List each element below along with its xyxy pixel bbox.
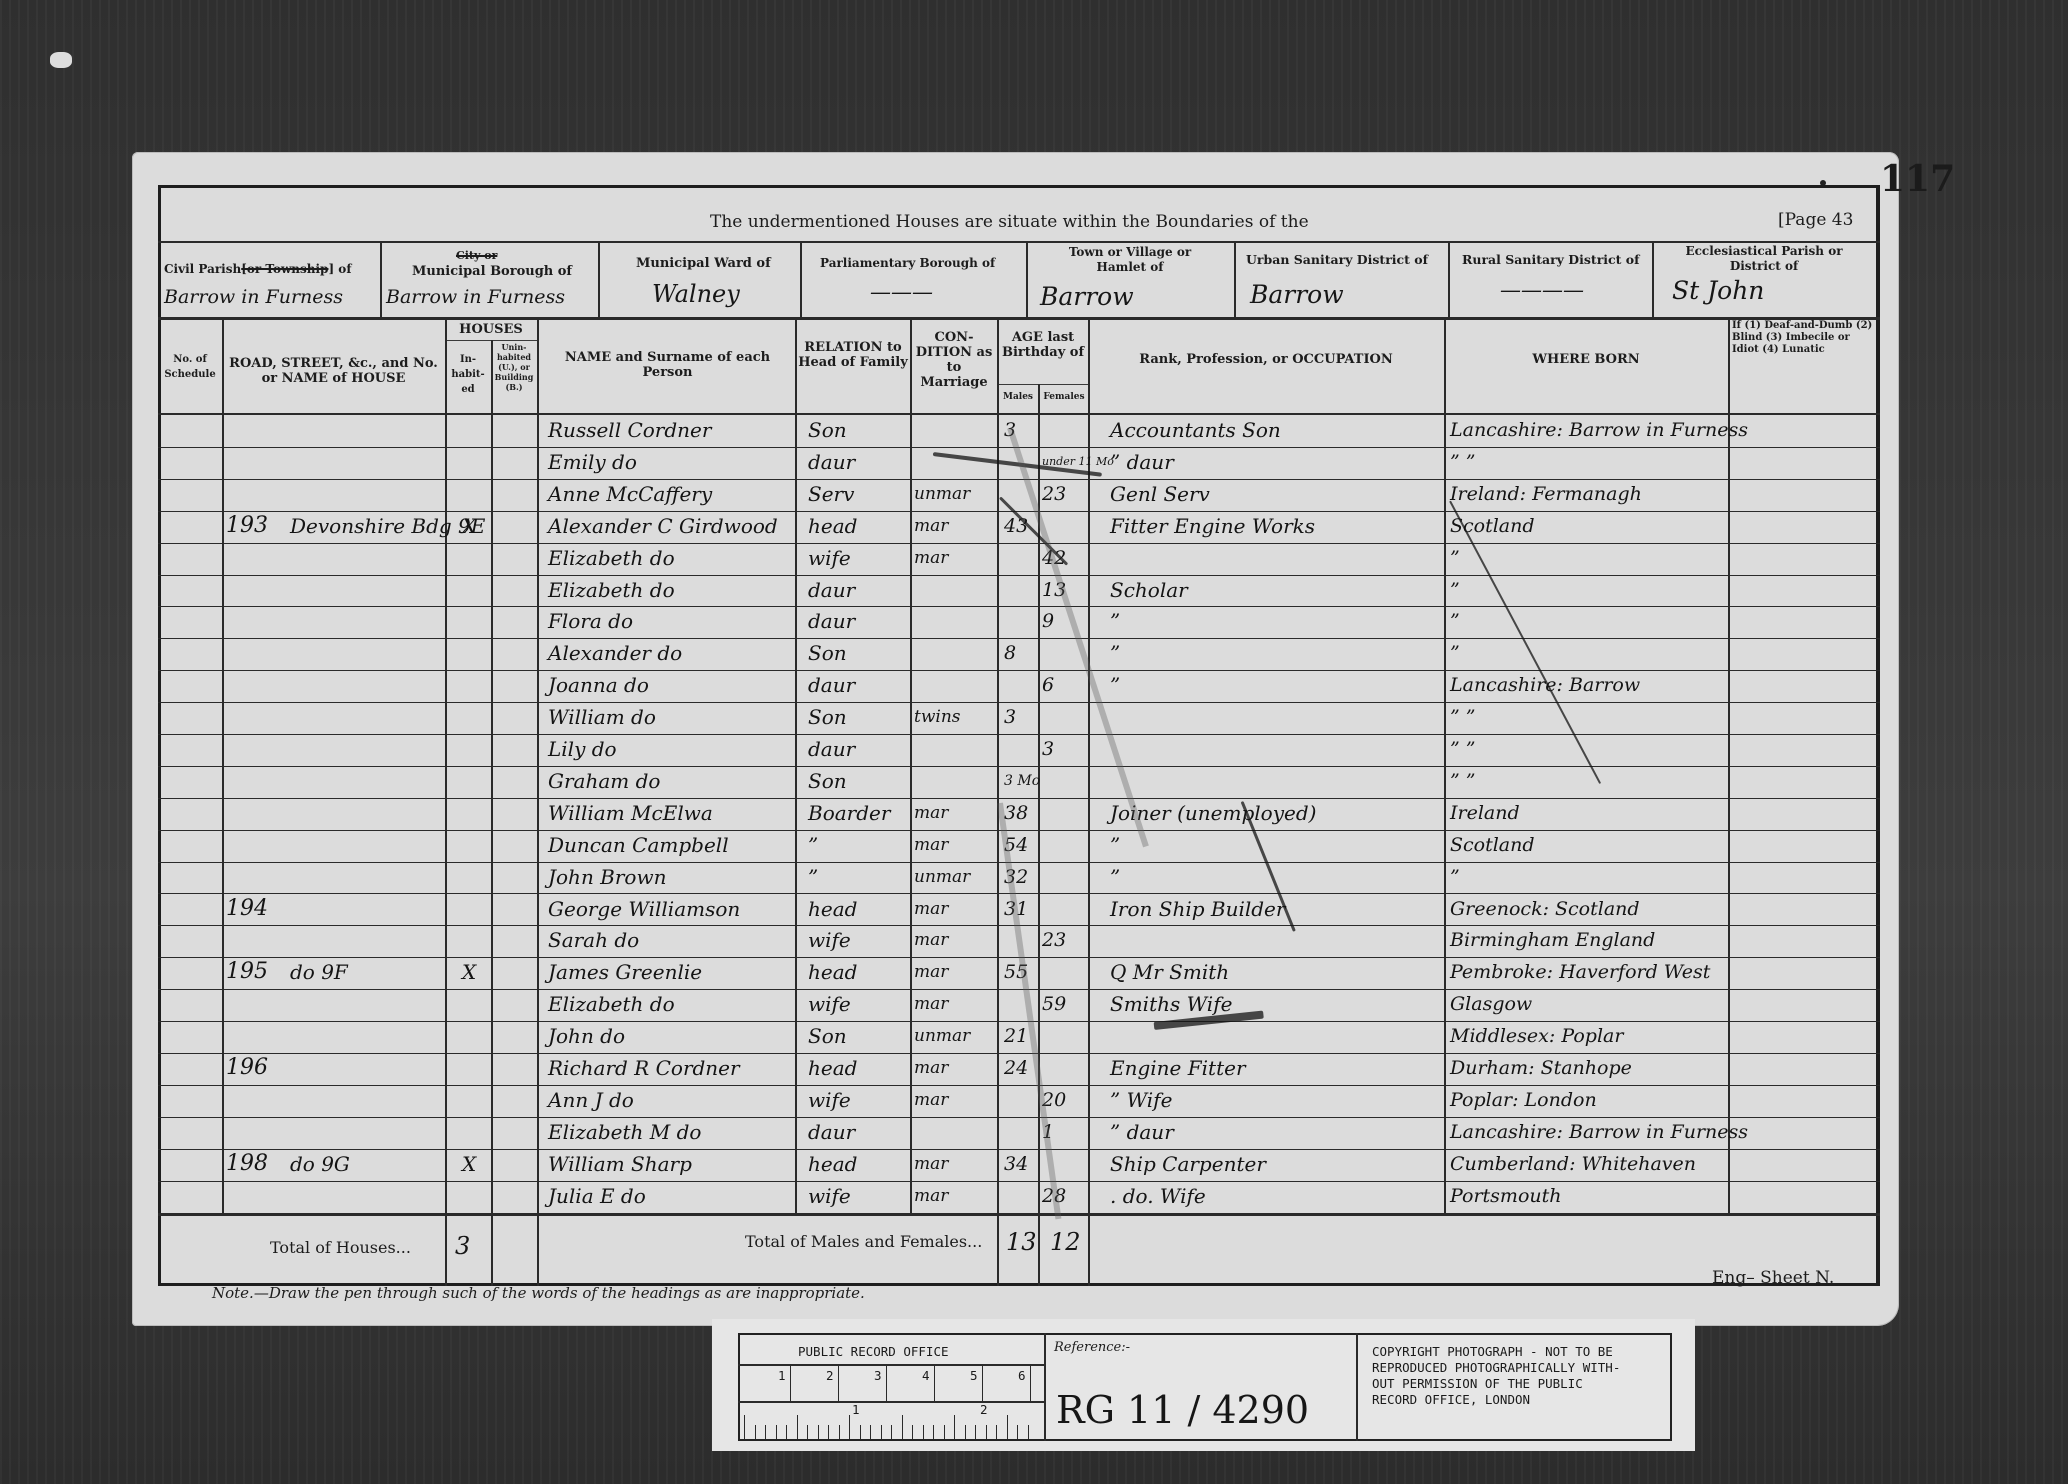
occupation: ” daur [1110, 447, 1174, 477]
ruler-tick [744, 1415, 745, 1439]
condition: mar [914, 1085, 948, 1115]
occupation: ” daur [1110, 1117, 1174, 1147]
person-name: Alexander do [548, 638, 682, 668]
ruler-tick [944, 1425, 945, 1439]
person-name: Lily do [548, 734, 617, 764]
condition: mar [914, 798, 948, 828]
birthplace: Pembroke: Haverford West [1450, 957, 1710, 987]
ruler-tick [986, 1425, 987, 1439]
parliamentary-borough-label: Parliamentary Borough of [820, 256, 995, 271]
relation: wife [808, 925, 851, 955]
birthplace: Lancashire: Barrow [1450, 670, 1640, 700]
age-female: 6 [1042, 670, 1054, 700]
form-heading: The undermentioned Houses are situate wi… [710, 212, 1309, 232]
relation: head [808, 511, 857, 541]
reference-label: Reference:- [1054, 1340, 1130, 1355]
condition: unmar [914, 479, 970, 509]
rural-sanitary-value: ———— [1500, 278, 1584, 302]
form-note: Note.—Draw the pen through such of the w… [212, 1284, 865, 1302]
ruler-tick [860, 1425, 861, 1439]
row-rule [158, 989, 1880, 990]
relation: wife [808, 543, 851, 573]
age-male: 3 Mo [1004, 766, 1040, 796]
ruler-tick [828, 1425, 829, 1439]
relation: ” [808, 830, 818, 860]
ruler-tick [891, 1425, 892, 1439]
schedule-number: 196 [226, 1053, 268, 1083]
person-name: Ann J do [548, 1085, 634, 1115]
scale-number: 6 [1018, 1368, 1026, 1383]
total-males: 13 [1006, 1228, 1037, 1256]
city-label-struck: City or [456, 248, 497, 263]
col-age: AGE last Birthday of [998, 330, 1088, 360]
birthplace: Ireland: Fermanagh [1450, 479, 1642, 509]
scale-number: 4 [922, 1368, 930, 1383]
parliamentary-borough-value: ——— [870, 280, 933, 304]
condition: unmar [914, 862, 970, 892]
person-name: Richard R Cordner [548, 1053, 740, 1083]
person-name: Duncan Campbell [548, 830, 729, 860]
birthplace: Ireland [1450, 798, 1520, 828]
relation: daur [808, 1117, 855, 1147]
copyright-notice: COPYRIGHT PHOTOGRAPH - NOT TO BEREPRODUC… [1372, 1344, 1620, 1408]
relation: daur [808, 575, 855, 605]
person-name: Elizabeth do [548, 989, 675, 1019]
occupation: ” [1110, 606, 1120, 636]
total-houses-label: Total of Houses... [270, 1238, 411, 1257]
film-punch-hole [50, 52, 72, 68]
relation: Son [808, 702, 847, 732]
schedule-number: 193 [226, 511, 268, 541]
relation: head [808, 894, 857, 924]
relation: Boarder [808, 798, 890, 828]
ruler-tick [755, 1425, 756, 1439]
relation: head [808, 1053, 857, 1083]
person-name: Julia E do [548, 1181, 646, 1211]
municipal-borough-label: Municipal Borough of [412, 264, 572, 279]
person-name: James Greenlie [548, 957, 702, 987]
person-name: John Brown [548, 862, 666, 892]
ruler-tick [818, 1425, 819, 1439]
age-female: 59 [1042, 989, 1066, 1019]
ruler-tick [1017, 1425, 1018, 1439]
ruler-tick [1028, 1425, 1029, 1439]
condition: twins [914, 702, 961, 732]
ruler-tick [902, 1415, 903, 1439]
relation: Son [808, 415, 847, 445]
relation: wife [808, 1085, 851, 1115]
ruler-tick [996, 1425, 997, 1439]
condition: unmar [914, 1021, 970, 1051]
occupation: Genl Serv [1110, 479, 1210, 509]
urban-sanitary-label: Urban Sanitary District of [1246, 252, 1428, 267]
ruler-tick [1007, 1415, 1008, 1439]
ruler-tick [975, 1425, 976, 1439]
person-name: Russell Cordner [548, 415, 711, 445]
inhabited-mark: X [462, 1149, 476, 1179]
col-infirmity: If (1) Deaf-and-Dumb (2) Blind (3) Imbec… [1732, 320, 1877, 356]
slip-office-name: PUBLIC RECORD OFFICE [798, 1344, 949, 1359]
town-village-value: Barrow [1040, 282, 1134, 311]
schedule-number: 198 [226, 1149, 268, 1179]
copyright-line: COPYRIGHT PHOTOGRAPH - NOT TO BE [1372, 1344, 1620, 1360]
scale-number: 3 [874, 1368, 882, 1383]
ruler-tick [923, 1425, 924, 1439]
person-name: Flora do [548, 606, 633, 636]
road-house: do 9G [290, 1149, 350, 1179]
person-name: George Williamson [548, 894, 740, 924]
condition: mar [914, 511, 948, 541]
age-male: 34 [1004, 1149, 1028, 1179]
ruler-tick [933, 1425, 934, 1439]
road-house: Devonshire Bdg 9E [290, 511, 485, 541]
occupation: Smiths Wife [1110, 989, 1232, 1019]
condition: mar [914, 543, 948, 573]
condition: mar [914, 1053, 948, 1083]
person-name: William do [548, 702, 656, 732]
ruler-tick [881, 1425, 882, 1439]
row-rule [158, 638, 1880, 639]
ruler-tick [807, 1425, 808, 1439]
col-relation: RELATION to Head of Family [798, 340, 908, 370]
total-persons-label: Total of Males and Females... [745, 1232, 982, 1251]
birthplace: Glasgow [1450, 989, 1532, 1019]
row-rule [158, 575, 1880, 576]
schedule-number: 195 [226, 957, 268, 987]
person-name: Sarah do [548, 925, 639, 955]
row-rule [158, 702, 1880, 703]
person-name: William Sharp [548, 1149, 692, 1179]
person-name: William McElwa [548, 798, 713, 828]
occupation: ” [1110, 862, 1120, 892]
ruler-tick [786, 1425, 787, 1439]
col-condition: CON-DITION as to Marriage [912, 330, 996, 390]
person-name: Elizabeth do [548, 543, 675, 573]
reference-value: RG 11 / 4290 [1056, 1388, 1309, 1432]
condition: mar [914, 1149, 948, 1179]
birthplace: Birmingham England [1450, 925, 1655, 955]
age-male: 3 [1004, 702, 1016, 732]
occupation: ” [1110, 638, 1120, 668]
ecclesiastical-value: St John [1672, 276, 1764, 305]
relation: daur [808, 734, 855, 764]
occupation: Iron Ship Builder [1110, 894, 1285, 924]
occupation: ” [1110, 670, 1120, 700]
rural-sanitary-label: Rural Sanitary District of [1462, 252, 1639, 267]
relation: daur [808, 447, 855, 477]
age-female: 3 [1042, 734, 1054, 764]
condition: mar [914, 894, 948, 924]
total-females: 12 [1050, 1228, 1081, 1256]
scale-number: 1 [778, 1368, 786, 1383]
ruler-number: 2 [980, 1402, 988, 1417]
person-name: Anne McCaffery [548, 479, 712, 509]
ruler-tick [954, 1415, 955, 1439]
civil-parish-value: Barrow in Furness [164, 286, 343, 308]
sheet-label: Eng– Sheet N. [1712, 1268, 1834, 1288]
birthplace: ” [1450, 638, 1460, 668]
relation: head [808, 1149, 857, 1179]
page-label: [Page 43 [1778, 210, 1853, 230]
copyright-line: RECORD OFFICE, LONDON [1372, 1392, 1620, 1408]
copyright-line: REPRODUCED PHOTOGRAPHICALLY WITH- [1372, 1360, 1620, 1376]
col-road: ROAD, STREET, &c., and No. or NAME of HO… [226, 356, 441, 386]
birthplace: ” ” [1450, 702, 1475, 732]
birthplace: Lancashire: Barrow in Furness [1450, 1117, 1748, 1147]
birthplace: Cumberland: Whitehaven [1450, 1149, 1696, 1179]
row-rule [158, 543, 1880, 544]
municipal-borough-value: Barrow in Furness [386, 286, 565, 308]
birthplace: ” [1450, 606, 1460, 636]
birthplace: Poplar: London [1450, 1085, 1597, 1115]
age-male: 21 [1004, 1021, 1028, 1051]
inhabited-mark: X [462, 511, 476, 541]
row-rule [158, 734, 1880, 735]
birthplace: Durham: Stanhope [1450, 1053, 1632, 1083]
birthplace: Greenock: Scotland [1450, 894, 1640, 924]
occupation: Ship Carpenter [1110, 1149, 1266, 1179]
relation: Son [808, 638, 847, 668]
person-name: Joanna do [548, 670, 649, 700]
occupation: ” Wife [1110, 1085, 1172, 1115]
ruler-tick [912, 1425, 913, 1439]
relation: daur [808, 670, 855, 700]
birthplace: Lancashire: Barrow in Furness [1450, 415, 1748, 445]
person-name: Graham do [548, 766, 660, 796]
occupation: . do. Wife [1110, 1181, 1206, 1211]
folio-number: 117 [1880, 158, 1955, 200]
ruler-tick [870, 1425, 871, 1439]
person-name: Alexander C Girdwood [548, 511, 778, 541]
copyright-line: OUT PERMISSION OF THE PUBLIC [1372, 1376, 1620, 1392]
age-female: 23 [1042, 479, 1066, 509]
occupation: ” [1110, 830, 1120, 860]
urban-sanitary-value: Barrow [1250, 280, 1344, 309]
ruler-tick [797, 1415, 798, 1439]
relation: daur [808, 606, 855, 636]
person-name: Elizabeth do [548, 575, 675, 605]
relation: wife [808, 989, 851, 1019]
relation: Son [808, 766, 847, 796]
scale-number: 5 [970, 1368, 978, 1383]
age-male: 38 [1004, 798, 1028, 828]
relation: head [808, 957, 857, 987]
ruler-tick [776, 1425, 777, 1439]
condition: mar [914, 925, 948, 955]
col-inhabited: In-habit-ed [447, 352, 489, 397]
inhabited-mark: X [462, 957, 476, 987]
col-males: Males [998, 390, 1038, 405]
person-name: Emily do [548, 447, 637, 477]
col-occupation: Rank, Profession, or OCCUPATION [1090, 352, 1442, 367]
age-female: 9 [1042, 606, 1054, 636]
ecclesiastical-label: Ecclesiastical Parish or District of [1664, 244, 1864, 274]
relation: ” [808, 862, 818, 892]
ruler-tick [765, 1425, 766, 1439]
person-name: John do [548, 1021, 625, 1051]
birthplace: ” ” [1450, 734, 1475, 764]
birthplace: ” [1450, 543, 1460, 573]
occupation: Fitter Engine Works [1110, 511, 1315, 541]
ruler-number: 1 [852, 1402, 860, 1417]
birthplace: ” [1450, 575, 1460, 605]
col-uninhabited: Unin-habited (U.), or Building (B.) [492, 342, 536, 392]
occupation: Engine Fitter [1110, 1053, 1246, 1083]
relation: wife [808, 1181, 851, 1211]
occupation: Accountants Son [1110, 415, 1281, 445]
occupation: Q Mr Smith [1110, 957, 1229, 987]
col-houses: HOUSES [447, 322, 535, 337]
municipal-ward-value: Walney [652, 280, 740, 308]
municipal-ward-label: Municipal Ward of [636, 256, 771, 271]
birthplace: ” [1450, 862, 1460, 892]
occupation: Scholar [1110, 575, 1188, 605]
total-houses-value: 3 [455, 1232, 470, 1260]
age-male: 8 [1004, 638, 1016, 668]
age-female: 23 [1042, 925, 1066, 955]
schedule-number: 194 [226, 894, 268, 924]
col-name: NAME and Surname of each Person [545, 350, 790, 380]
relation: Serv [808, 479, 854, 509]
ruler-tick [965, 1425, 966, 1439]
person-name: Elizabeth M do [548, 1117, 701, 1147]
ruler-tick [839, 1425, 840, 1439]
civil-parish-label: Civil Parish[or Township] of [164, 262, 351, 277]
condition: mar [914, 989, 948, 1019]
scale-number: 2 [826, 1368, 834, 1383]
town-village-label: Town or Village or Hamlet of [1050, 245, 1210, 275]
age-male: 24 [1004, 1053, 1028, 1083]
col-where-born: WHERE BORN [1446, 352, 1726, 367]
birthplace: Portsmouth [1450, 1181, 1562, 1211]
birthplace: ” ” [1450, 766, 1475, 796]
birthplace: Middlesex: Poplar [1450, 1021, 1623, 1051]
birthplace: Scotland [1450, 830, 1535, 860]
condition: mar [914, 1181, 948, 1211]
col-schedule: No. of Schedule [160, 352, 220, 382]
row-rule [158, 606, 1880, 607]
relation: Son [808, 1021, 847, 1051]
ruler-tick [849, 1415, 850, 1439]
condition: mar [914, 830, 948, 860]
row-rule [158, 1085, 1880, 1086]
col-females: Females [1040, 390, 1088, 405]
road-house: do 9F [290, 957, 348, 987]
condition: mar [914, 957, 948, 987]
row-rule [158, 1181, 1880, 1182]
birthplace: ” ” [1450, 447, 1475, 477]
